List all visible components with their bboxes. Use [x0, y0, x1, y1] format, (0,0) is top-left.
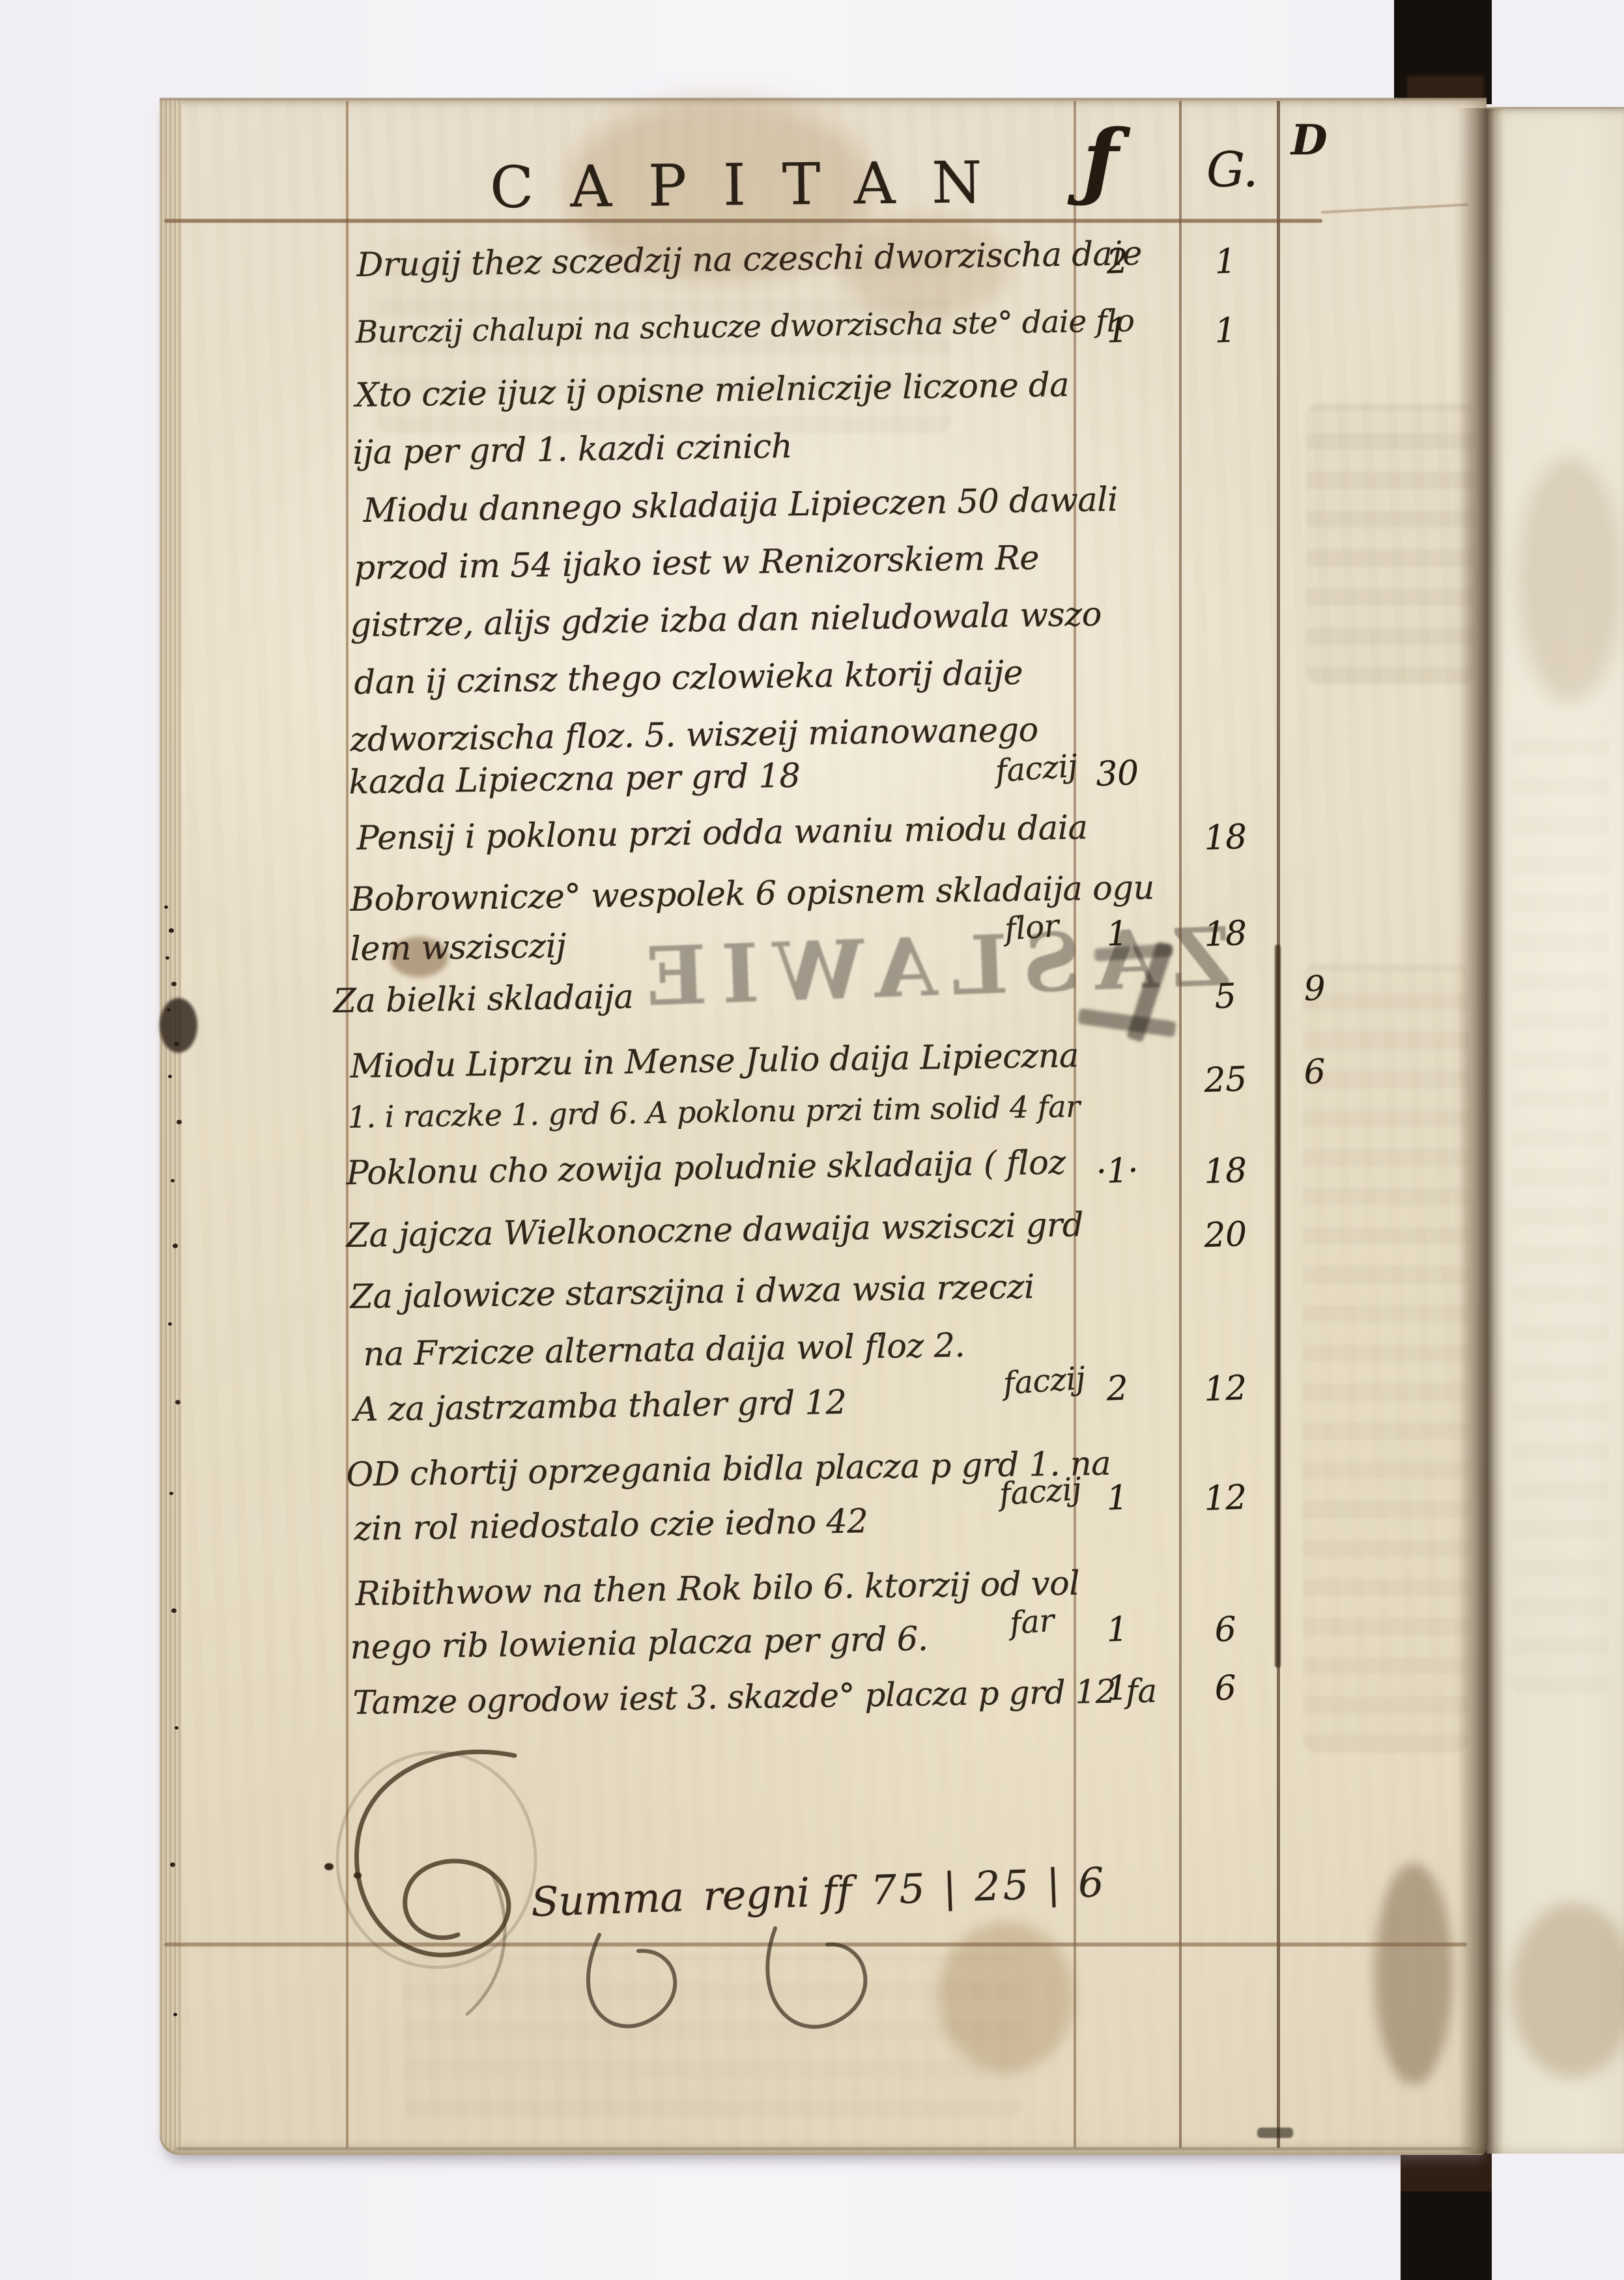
- entry-2-amount-g: 1: [1176, 309, 1275, 352]
- column-header-floreni: ƒ: [1083, 112, 1118, 210]
- entry-13-amount-f: 1: [1074, 1609, 1160, 1651]
- summa-label: Summa: [530, 1873, 685, 1926]
- ink-blot-left-edge: [160, 998, 197, 1053]
- ink-dot: [324, 1863, 334, 1870]
- entry-12-amount-g: 12: [1176, 1477, 1275, 1519]
- entry-6-amount-g: 18: [1176, 913, 1275, 955]
- ink-dot: [354, 1872, 362, 1879]
- entry-13-facit: far: [1008, 1603, 1055, 1642]
- column-header-grossi: G.: [1206, 142, 1258, 198]
- entry-1-amount-g: 1: [1176, 240, 1275, 283]
- ink-mark: [1257, 2128, 1293, 2138]
- summa-descender-loops: [560, 1922, 977, 2065]
- entry-7-line-1: Za bielki skladaija: [333, 978, 634, 1021]
- entry-6-facit: flor: [1003, 907, 1060, 948]
- entry-4-facit: faczij: [994, 748, 1078, 790]
- manuscript-scan: ZASLAWIE CAPITAN ƒ G. D Summa regni ff 7…: [0, 0, 1624, 2280]
- page-title-capitan: CAPITAN: [489, 149, 1018, 221]
- paper-stain: [1518, 456, 1622, 704]
- column-header-denarii: D: [1291, 116, 1327, 165]
- entry-8-amount-g: 25: [1176, 1059, 1275, 1101]
- bleedthrough-text-ghost: [1511, 717, 1609, 1694]
- page-top-edge: [160, 98, 1487, 100]
- entry-12-line-2: zin rol niedostalo czie iedno 42: [354, 1502, 868, 1548]
- summa-values: 75 | 25 | 6: [870, 1859, 1107, 1915]
- page-edge-sheet-stack: [160, 100, 182, 2151]
- summa-text: regni ff: [702, 1867, 852, 1920]
- entry-11-amount-f: 2: [1074, 1368, 1160, 1410]
- next-page-top-edge: [1487, 107, 1624, 109]
- entry-1-amount-f: 2: [1074, 241, 1160, 283]
- entry-11-facit: faczij: [1002, 1360, 1086, 1403]
- ruled-column-line-d-smudge: [1275, 945, 1281, 1668]
- edge-ink-specks: [164, 905, 168, 909]
- entry-6-amount-f: 1: [1074, 913, 1160, 956]
- entry-10-amount-g: 20: [1176, 1214, 1275, 1256]
- entry-11-line-3: A za jastrzamba thaler grd 12: [354, 1384, 847, 1429]
- entry-8-amount-d: 6: [1275, 1051, 1354, 1093]
- entry-12-facit: faczij: [998, 1471, 1082, 1513]
- entry-4-amount-f: 30: [1074, 753, 1160, 795]
- ruled-column-line-f: [1074, 101, 1076, 2148]
- entry-7-amount-g: 5: [1176, 975, 1275, 1018]
- binding-ribbon-bottom-sheen: [1401, 2154, 1492, 2191]
- entry-11-amount-g: 12: [1176, 1367, 1275, 1410]
- gutter-smudge: [1375, 1863, 1453, 2085]
- entry-2-amount-f: 1: [1074, 310, 1160, 352]
- entry-5-amount-g: 18: [1176, 816, 1275, 859]
- ruled-header-line: [164, 219, 1322, 223]
- entry-9-amount-g: 18: [1176, 1150, 1275, 1192]
- entry-6-line-2: lem wszisczij: [350, 927, 566, 969]
- entry-4-line-6: kazda Lipieczna per grd 18: [349, 757, 801, 802]
- entry-9-amount-f: ·1·: [1074, 1150, 1160, 1193]
- entry-3-line-2: ija per grd 1. kazdi czinich: [352, 427, 792, 472]
- entry-13-amount-g: 6: [1176, 1608, 1275, 1651]
- entry-14-amount-g: 6: [1176, 1667, 1275, 1709]
- entry-14-amount-f: 1: [1074, 1668, 1160, 1710]
- entry-7-amount-d: 9: [1275, 968, 1354, 1010]
- entry-12-amount-f: 1: [1074, 1477, 1160, 1520]
- bleedthrough-text-ghost: [1306, 404, 1475, 684]
- ruled-column-line-g: [1179, 101, 1182, 2148]
